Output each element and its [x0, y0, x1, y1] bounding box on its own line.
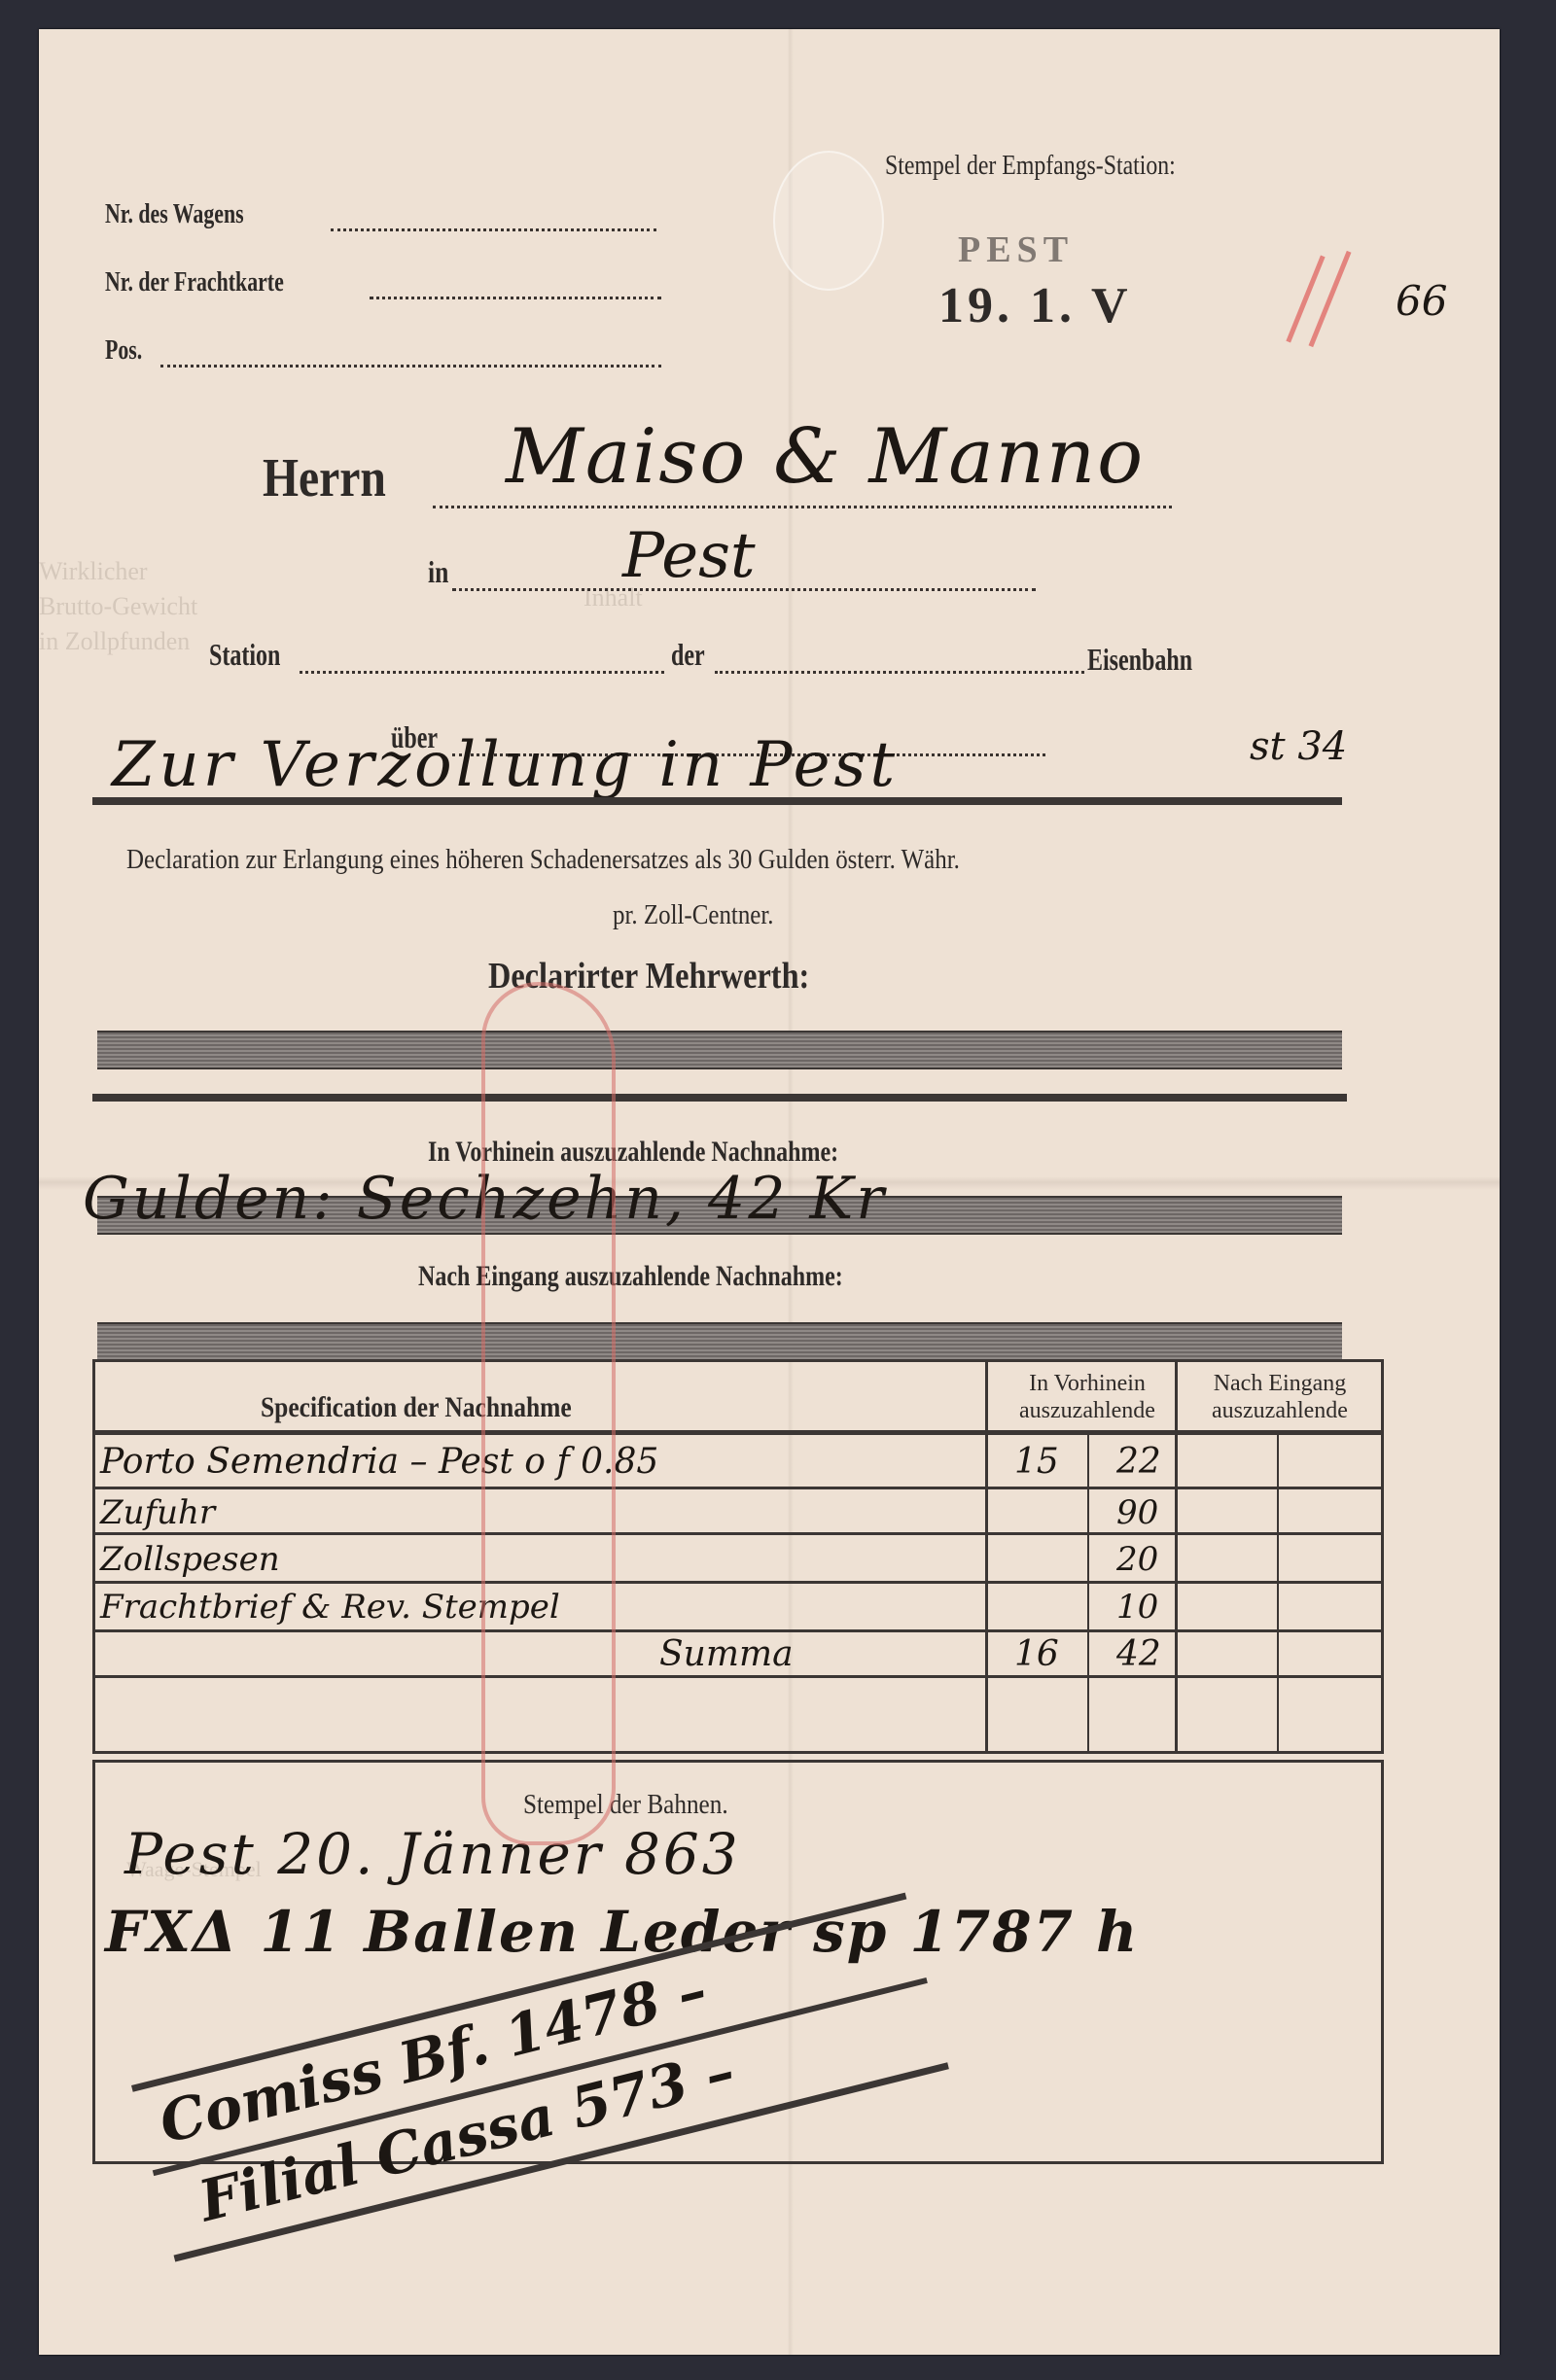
stamp-goods-handwritten: FXΔ 11 Ballen Leder sp 1787 h — [105, 1899, 1139, 1965]
railway-field[interactable] — [715, 671, 1084, 674]
receiving-station-label: Stempel der Empfangs-Station: — [885, 151, 1176, 182]
row-divider — [95, 1532, 1381, 1535]
der-label: der — [671, 637, 705, 673]
spec-header-advance: In Vorhinein auszuzahlende — [1000, 1370, 1175, 1424]
station-field[interactable] — [300, 671, 664, 674]
column-divider — [985, 1362, 988, 1751]
recipient-field[interactable] — [433, 506, 1172, 508]
embossed-seal-icon — [773, 151, 884, 291]
spec-total-label: Summa — [659, 1634, 794, 1674]
consignment-note: WirklicherBrutto-Gewichtin Zollpfunden I… — [39, 29, 1500, 2355]
spec-total-kr: 42 — [1116, 1634, 1161, 1674]
declaration-text: Declaration zur Erlangung eines höheren … — [126, 844, 960, 876]
row-divider — [95, 1487, 1381, 1489]
wagon-field[interactable] — [331, 228, 656, 231]
frachtkarte-label: Nr. der Frachtkarte — [105, 267, 284, 298]
spec-row-kr: 10 — [1116, 1588, 1158, 1627]
show-through-text: WirklicherBrutto-Gewichtin Zollpfunden — [39, 554, 197, 659]
recipient-handwritten: Maiso & Manno — [506, 413, 1145, 501]
stamp-date-handwritten: Pest 20. Jänner 863 — [124, 1821, 741, 1887]
row-divider — [95, 1581, 1381, 1584]
postmark-city: PEST — [958, 228, 1074, 271]
spec-row-kr: 20 — [1116, 1540, 1158, 1579]
fl-kr-divider — [1277, 1435, 1279, 1751]
spec-row-desc: Zufuhr — [100, 1493, 215, 1532]
fl-kr-divider — [1087, 1435, 1089, 1751]
section-divider — [92, 1094, 1347, 1102]
declaration-text-2: pr. Zoll-Centner. — [613, 899, 774, 931]
header-divider — [95, 1430, 1381, 1435]
wagon-label: Nr. des Wagens — [105, 199, 244, 230]
city-handwritten: Pest — [622, 520, 756, 592]
declared-value-field[interactable] — [97, 1031, 1342, 1069]
spec-header-after: Nach Eingang auszuzahlende — [1183, 1370, 1377, 1424]
spec-total-fl: 16 — [1014, 1634, 1059, 1674]
route-handwritten: Zur Verzollung in Pest — [112, 729, 899, 801]
spec-row-kr: 90 — [1116, 1493, 1158, 1532]
specification-table: Specification der Nachnahme In Vorhinein… — [92, 1359, 1384, 1754]
postmark-date: 19. 1. V — [938, 277, 1132, 334]
red-pencil-loop — [481, 982, 616, 1845]
section-divider — [92, 797, 1342, 805]
route-note-handwritten: st 34 — [1250, 724, 1347, 769]
spec-row-fl: 15 — [1014, 1442, 1059, 1482]
herrn-label: Herrn — [263, 447, 386, 509]
spec-row-kr: 22 — [1116, 1442, 1161, 1482]
spec-row-desc: Zollspesen — [100, 1540, 280, 1579]
in-label: in — [428, 554, 448, 590]
station-label: Station — [209, 637, 280, 673]
red-pencil-mark — [1309, 251, 1352, 347]
pos-field[interactable] — [160, 365, 661, 367]
ink-reference: 66 — [1396, 277, 1447, 325]
row-divider — [95, 1675, 1381, 1678]
frachtkarte-field[interactable] — [370, 297, 661, 299]
after-cod-field[interactable] — [97, 1322, 1342, 1361]
city-field[interactable] — [452, 588, 1036, 591]
column-divider — [1175, 1362, 1178, 1751]
eisenbahn-label: Eisenbahn — [1087, 642, 1192, 678]
pos-label: Pos. — [105, 335, 142, 367]
row-divider — [95, 1629, 1381, 1632]
